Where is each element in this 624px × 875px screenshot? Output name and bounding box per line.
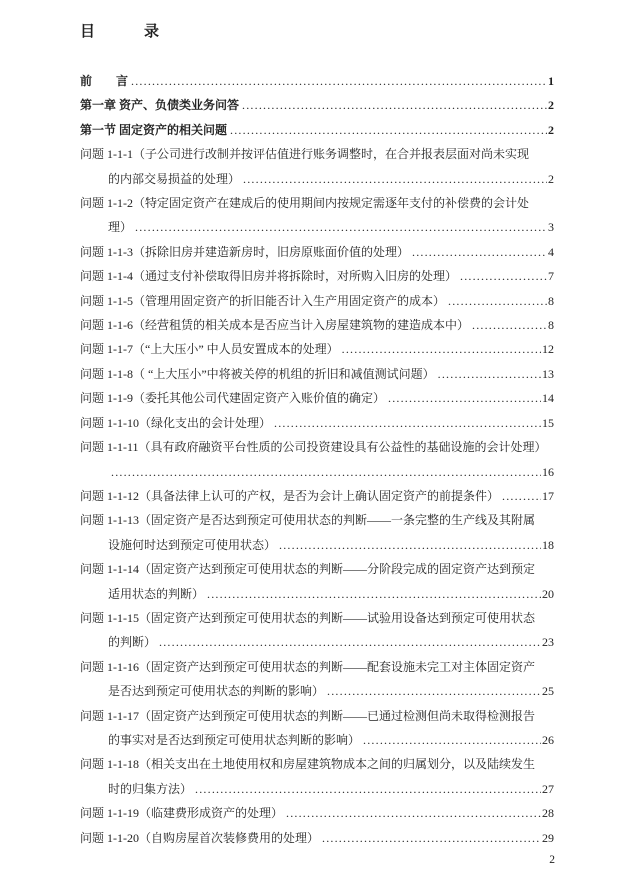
toc-entry-line: 问题 1-1-19（临建费形成资产的处理）28	[80, 801, 554, 825]
toc-page-number: 4	[548, 240, 554, 264]
toc-entry-text: 问题 1-1-3（拆除旧房并建造新房时，旧房原账面价值的处理）	[80, 240, 409, 264]
toc-item-entry: 问题 1-1-13（固定资产是否达到预定可使用状态的判断——一条完整的生产线及其…	[80, 508, 554, 557]
toc-item-entry: 问题 1-1-19（临建费形成资产的处理）28	[80, 801, 554, 825]
toc-item-entry: 问题 1-1-4（通过支付补偿取得旧房并将拆除时，对所购入旧房的处理）7	[80, 264, 554, 288]
toc-entry-text: 问题 1-1-8（ “上大压小”中将被关停的机组的折旧和减值测试问题）	[80, 362, 435, 386]
dot-leader	[327, 679, 541, 703]
dot-leader	[207, 582, 541, 606]
toc-entry-line: 第一章 资产、负债类业务问答2	[80, 93, 554, 117]
toc-page-number: 26	[542, 728, 554, 752]
toc-page-number: 17	[542, 484, 554, 508]
toc-page-number: 1	[548, 69, 554, 93]
toc-entry-line: 问题 1-1-13（固定资产是否达到预定可使用状态的判断——一条完整的生产线及其…	[80, 508, 554, 532]
toc-entry-text: 问题 1-1-2（特定固定资产在建成后的使用期间内按规定需逐年支付的补偿费的会计…	[80, 191, 529, 215]
dot-leader	[502, 484, 541, 508]
toc-entry-line: 问题 1-1-1（子公司进行改制并按评估值进行账务调整时，在合并报表层面对尚未实…	[80, 142, 554, 166]
toc-page-number: 16	[542, 460, 554, 484]
dot-leader	[388, 386, 541, 410]
toc-item-entry: 问题 1-1-20（自购房屋首次装修费用的处理）29	[80, 826, 554, 850]
dot-leader	[195, 777, 541, 801]
toc-entry-text: 问题 1-1-20（自购房屋首次装修费用的处理）	[80, 826, 319, 850]
toc-entry-text: 问题 1-1-17（固定资产达到预定可使用状态的判断——已通过检测但尚未取得检测…	[80, 704, 535, 728]
toc-entry-line: 问题 1-1-8（ “上大压小”中将被关停的机组的折旧和减值测试问题）13	[80, 362, 554, 386]
toc-page-number: 18	[542, 533, 554, 557]
toc-entry-text: 问题 1-1-15（固定资产达到预定可使用状态的判断——试验用设备达到预定可使用…	[80, 606, 535, 630]
toc-page-number: 23	[542, 630, 554, 654]
toc-entry-line: 问题 1-1-20（自购房屋首次装修费用的处理）29	[80, 826, 554, 850]
toc-heading-entry: 前 言1	[80, 69, 554, 93]
toc-entry-line: 16	[80, 460, 554, 484]
document-page: 目 录 前 言1第一章 资产、负债类业务问答2第一节 固定资产的相关问题2问题 …	[0, 0, 624, 875]
toc-page-number: 8	[548, 289, 554, 313]
toc-item-entry: 问题 1-1-15（固定资产达到预定可使用状态的判断——试验用设备达到预定可使用…	[80, 606, 554, 655]
toc-entry-text: 适用状态的判断）	[108, 582, 204, 606]
toc-entry-text: 问题 1-1-5（管理用固定资产的折旧能否计入生产用固定资产的成本）	[80, 289, 445, 313]
toc-entry-text: 问题 1-1-11（具有政府融资平台性质的公司投资建设具有公益性的基础设施的会计…	[80, 435, 547, 459]
toc-entry-line: 问题 1-1-9（委托其他公司代建固定资产入账价值的确定）14	[80, 386, 554, 410]
toc-entry-text: 理）	[108, 215, 132, 239]
toc-entry-line: 问题 1-1-12（具备法律上认可的产权，是否为会计上确认固定资产的前提条件）1…	[80, 484, 554, 508]
toc-item-entry: 问题 1-1-1（子公司进行改制并按评估值进行账务调整时，在合并报表层面对尚未实…	[80, 142, 554, 191]
dot-leader	[460, 264, 547, 288]
toc-page-number: 28	[542, 801, 554, 825]
dot-leader	[131, 69, 547, 93]
toc-page-number: 27	[542, 777, 554, 801]
toc-page-number: 7	[548, 264, 554, 288]
toc-entry-text: 问题 1-1-12（具备法律上认可的产权，是否为会计上确认固定资产的前提条件）	[80, 484, 499, 508]
toc-entry-text: 的判断）	[108, 630, 156, 654]
dot-leader	[342, 337, 541, 361]
toc-page-number: 2	[548, 118, 554, 142]
toc-entry-text: 是否达到预定可使用状态的判断的影响）	[108, 679, 324, 703]
toc-entry-text: 问题 1-1-7（“上大压小” 中人员安置成本的处理）	[80, 337, 339, 361]
dot-leader	[322, 826, 541, 850]
toc-entry-text: 问题 1-1-14（固定资产达到预定可使用状态的判断——分阶段完成的固定资产达到…	[80, 557, 535, 581]
toc-entry-line: 问题 1-1-4（通过支付补偿取得旧房并将拆除时，对所购入旧房的处理）7	[80, 264, 554, 288]
toc-item-entry: 问题 1-1-2（特定固定资产在建成后的使用期间内按规定需逐年支付的补偿费的会计…	[80, 191, 554, 240]
toc-entry-line: 问题 1-1-15（固定资产达到预定可使用状态的判断——试验用设备达到预定可使用…	[80, 606, 554, 630]
toc-entry-text: 问题 1-1-4（通过支付补偿取得旧房并将拆除时，对所购入旧房的处理）	[80, 264, 457, 288]
toc-entry-text: 第一节 固定资产的相关问题	[80, 118, 227, 142]
toc-entry-line: 问题 1-1-14（固定资产达到预定可使用状态的判断——分阶段完成的固定资产达到…	[80, 557, 554, 581]
dot-leader	[274, 411, 541, 435]
toc-entry-text: 问题 1-1-18（相关支出在土地使用权和房屋建筑物成本之间的归属划分，以及陆续…	[80, 752, 535, 776]
dot-leader	[279, 533, 541, 557]
toc-entry-line: 问题 1-1-3（拆除旧房并建造新房时，旧房原账面价值的处理）4	[80, 240, 554, 264]
toc-item-entry: 问题 1-1-3（拆除旧房并建造新房时，旧房原账面价值的处理）4	[80, 240, 554, 264]
toc-entry-text: 前 言	[80, 69, 128, 93]
toc-item-entry: 问题 1-1-7（“上大压小” 中人员安置成本的处理）12	[80, 337, 554, 361]
toc-entry-line: 的内部交易损益的处理）2	[80, 167, 554, 191]
toc-entry-text: 时的归集方法）	[108, 777, 192, 801]
toc-entry-text: 问题 1-1-13（固定资产是否达到预定可使用状态的判断——一条完整的生产线及其…	[80, 508, 535, 532]
dot-leader	[135, 215, 547, 239]
toc-item-entry: 问题 1-1-6（经营租赁的相关成本是否应当计入房屋建筑物的建造成本中）8	[80, 313, 554, 337]
toc-entry-line: 前 言1	[80, 69, 554, 93]
toc-entry-line: 问题 1-1-5（管理用固定资产的折旧能否计入生产用固定资产的成本）8	[80, 289, 554, 313]
toc-item-entry: 问题 1-1-9（委托其他公司代建固定资产入账价值的确定）14	[80, 386, 554, 410]
toc-heading-entry: 第一章 资产、负债类业务问答2	[80, 93, 554, 117]
toc-item-entry: 问题 1-1-16（固定资产达到预定可使用状态的判断——配套设施未完工对主体固定…	[80, 655, 554, 704]
toc-entry-line: 问题 1-1-10（绿化支出的会计处理）15	[80, 411, 554, 435]
toc-entry-line: 问题 1-1-2（特定固定资产在建成后的使用期间内按规定需逐年支付的补偿费的会计…	[80, 191, 554, 215]
toc-item-entry: 问题 1-1-17（固定资产达到预定可使用状态的判断——已通过检测但尚未取得检测…	[80, 704, 554, 753]
toc-entry-line: 问题 1-1-17（固定资产达到预定可使用状态的判断——已通过检测但尚未取得检测…	[80, 704, 554, 728]
dot-leader	[412, 240, 547, 264]
toc-page-number: 8	[548, 313, 554, 337]
toc-entry-text: 问题 1-1-9（委托其他公司代建固定资产入账价值的确定）	[80, 386, 385, 410]
dot-leader	[286, 801, 541, 825]
toc-page-number: 3	[548, 215, 554, 239]
toc-entry-line: 问题 1-1-18（相关支出在土地使用权和房屋建筑物成本之间的归属划分，以及陆续…	[80, 752, 554, 776]
toc-entry-text: 问题 1-1-16（固定资产达到预定可使用状态的判断——配套设施未完工对主体固定…	[80, 655, 535, 679]
toc-entry-line: 理）3	[80, 215, 554, 239]
toc-item-entry: 问题 1-1-18（相关支出在土地使用权和房屋建筑物成本之间的归属划分，以及陆续…	[80, 752, 554, 801]
dot-leader	[111, 460, 541, 484]
toc-entry-line: 问题 1-1-16（固定资产达到预定可使用状态的判断——配套设施未完工对主体固定…	[80, 655, 554, 679]
toc-content: 目 录 前 言1第一章 资产、负债类业务问答2第一节 固定资产的相关问题2问题 …	[80, 22, 554, 850]
toc-entry-line: 问题 1-1-6（经营租赁的相关成本是否应当计入房屋建筑物的建造成本中）8	[80, 313, 554, 337]
footer-page-number: 2	[549, 854, 555, 866]
toc-page-number: 2	[548, 93, 554, 117]
toc-page-number: 25	[542, 679, 554, 703]
toc-page-number: 29	[542, 826, 554, 850]
dot-leader	[438, 362, 541, 386]
dot-leader	[448, 289, 547, 313]
dot-leader	[243, 167, 547, 191]
toc-entry-line: 时的归集方法）27	[80, 777, 554, 801]
toc-page-number: 13	[542, 362, 554, 386]
toc-item-entry: 问题 1-1-5（管理用固定资产的折旧能否计入生产用固定资产的成本）8	[80, 289, 554, 313]
toc-entry-text: 设施何时达到预定可使用状态）	[108, 533, 276, 557]
dot-leader	[472, 313, 547, 337]
toc-page-number: 15	[542, 411, 554, 435]
toc-entry-line: 的事实对是否达到预定可使用状态判断的影响）26	[80, 728, 554, 752]
toc-page-number: 14	[542, 386, 554, 410]
toc-entry-line: 第一节 固定资产的相关问题2	[80, 118, 554, 142]
toc-entry-line: 是否达到预定可使用状态的判断的影响）25	[80, 679, 554, 703]
toc-entry-line: 设施何时达到预定可使用状态）18	[80, 533, 554, 557]
dot-leader	[242, 93, 547, 117]
toc-entry-line: 问题 1-1-7（“上大压小” 中人员安置成本的处理）12	[80, 337, 554, 361]
dot-leader	[230, 118, 547, 142]
toc-page-number: 20	[542, 582, 554, 606]
toc-entry-text: 的内部交易损益的处理）	[108, 167, 240, 191]
toc-entry-line: 的判断）23	[80, 630, 554, 654]
toc-entry-text: 问题 1-1-1（子公司进行改制并按评估值进行账务调整时，在合并报表层面对尚未实…	[80, 142, 529, 166]
dot-leader	[159, 630, 541, 654]
toc-entry-text: 第一章 资产、负债类业务问答	[80, 93, 239, 117]
toc-item-entry: 问题 1-1-8（ “上大压小”中将被关停的机组的折旧和减值测试问题）13	[80, 362, 554, 386]
toc-entry-text: 问题 1-1-10（绿化支出的会计处理）	[80, 411, 271, 435]
dot-leader	[363, 728, 541, 752]
toc-title: 目 录	[80, 22, 554, 42]
toc-page-number: 12	[542, 337, 554, 361]
toc-item-entry: 问题 1-1-12（具备法律上认可的产权，是否为会计上确认固定资产的前提条件）1…	[80, 484, 554, 508]
toc-entry-text: 问题 1-1-19（临建费形成资产的处理）	[80, 801, 283, 825]
toc-list: 前 言1第一章 资产、负债类业务问答2第一节 固定资产的相关问题2问题 1-1-…	[80, 69, 554, 850]
toc-page-number: 2	[548, 167, 554, 191]
toc-heading-entry: 第一节 固定资产的相关问题2	[80, 118, 554, 142]
toc-item-entry: 问题 1-1-14（固定资产达到预定可使用状态的判断——分阶段完成的固定资产达到…	[80, 557, 554, 606]
toc-entry-line: 问题 1-1-11（具有政府融资平台性质的公司投资建设具有公益性的基础设施的会计…	[80, 435, 554, 459]
toc-item-entry: 问题 1-1-10（绿化支出的会计处理）15	[80, 411, 554, 435]
toc-entry-text: 问题 1-1-6（经营租赁的相关成本是否应当计入房屋建筑物的建造成本中）	[80, 313, 469, 337]
toc-entry-line: 适用状态的判断）20	[80, 582, 554, 606]
toc-entry-text: 的事实对是否达到预定可使用状态判断的影响）	[108, 728, 360, 752]
toc-item-entry: 问题 1-1-11（具有政府融资平台性质的公司投资建设具有公益性的基础设施的会计…	[80, 435, 554, 484]
